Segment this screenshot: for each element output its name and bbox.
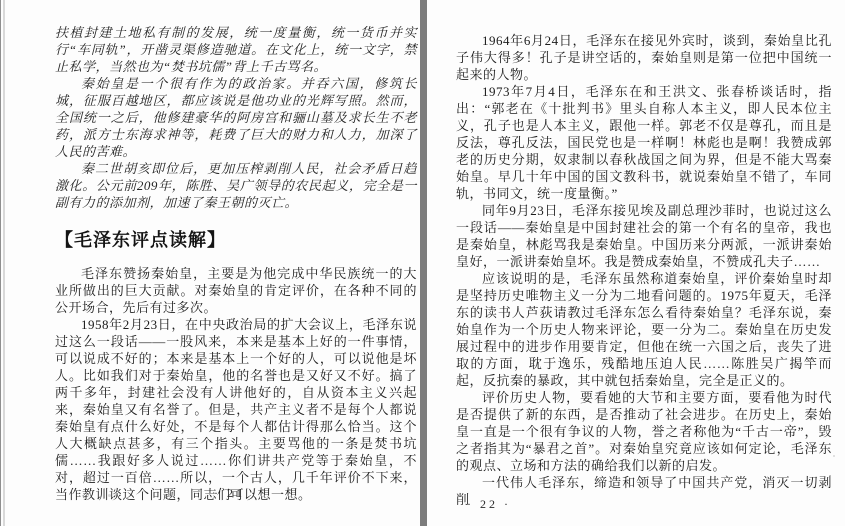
book-spread: 扶植封建土地私有制的发展，统一度量衡，统一货币并实行“车同轨”，开凿灵渠修造驰道… bbox=[0, 0, 845, 526]
page-edge-line-light bbox=[3, 0, 5, 526]
book-gutter-shadow bbox=[420, 0, 427, 526]
paragraph: 毛泽东赞扬秦始皇，主要是为他完成中华民族统一的大业所做出的巨大贡献。对秦始皇的肯… bbox=[55, 265, 417, 316]
scan-speck bbox=[108, 494, 111, 497]
paragraph: 应该说明的是，毛泽东虽然称道秦始皇，评价秦始皇时却是坚持历史唯物主义一分为二地看… bbox=[456, 270, 832, 389]
section-heading: 【毛泽东评点读解】 bbox=[55, 226, 417, 252]
scan-speck bbox=[270, 68, 272, 70]
paragraph: 1958年2月23日，在中央政治局的扩大会议上，毛泽东说过这么一段话——一股风来… bbox=[55, 316, 417, 503]
paragraph: 秦始皇是一个很有作为的政治家。并吞六国，修筑长城，征服百越地区，都应该说是他功业… bbox=[55, 75, 417, 160]
paragraph: 评价历史人物，要看她的大节和主要方面，要看他为时代是否提供了新的东西，是否推动了… bbox=[456, 389, 832, 474]
page-edge-line-dark bbox=[0, 0, 1, 526]
scan-speck bbox=[88, 478, 92, 481]
right-page: 1964年6月24日，毛泽东在接见外宾时，谈到，秦始皇比孔子伟大得多！孔子是讲空… bbox=[456, 32, 832, 508]
scan-speck bbox=[833, 455, 835, 457]
page-number-right: · 22 · bbox=[467, 497, 511, 512]
paragraph: 1964年6月24日，毛泽东在接见外宾时，谈到，秦始皇比孔子伟大得多！孔子是讲空… bbox=[456, 32, 832, 83]
paragraph: 扶植封建土地私有制的发展，统一度量衡，统一货币并实行“车同轨”，开凿灵渠修造驰道… bbox=[55, 24, 417, 75]
paragraph: 秦二世胡亥即位后，更加压榨剥削人民，社会矛盾日趋激化。公元前209年，陈胜、吴广… bbox=[55, 160, 417, 211]
paragraph: 一代伟人毛泽东，缔造和领导了中国共产党，消灭一切剥削 bbox=[456, 474, 832, 508]
left-page: 扶植封建土地私有制的发展，统一度量衡，统一货币并实行“车同轨”，开凿灵渠修造驰道… bbox=[55, 24, 417, 503]
paragraph: 1973年7月4日，毛泽东在和王洪文、张春桥谈话时，指出：“郭老在《十批判书》里… bbox=[456, 83, 832, 202]
paragraph: 同年9月23日，毛泽东接见埃及副总理沙菲时，也说过这么一段话——秦始皇是中国封建… bbox=[456, 202, 832, 270]
